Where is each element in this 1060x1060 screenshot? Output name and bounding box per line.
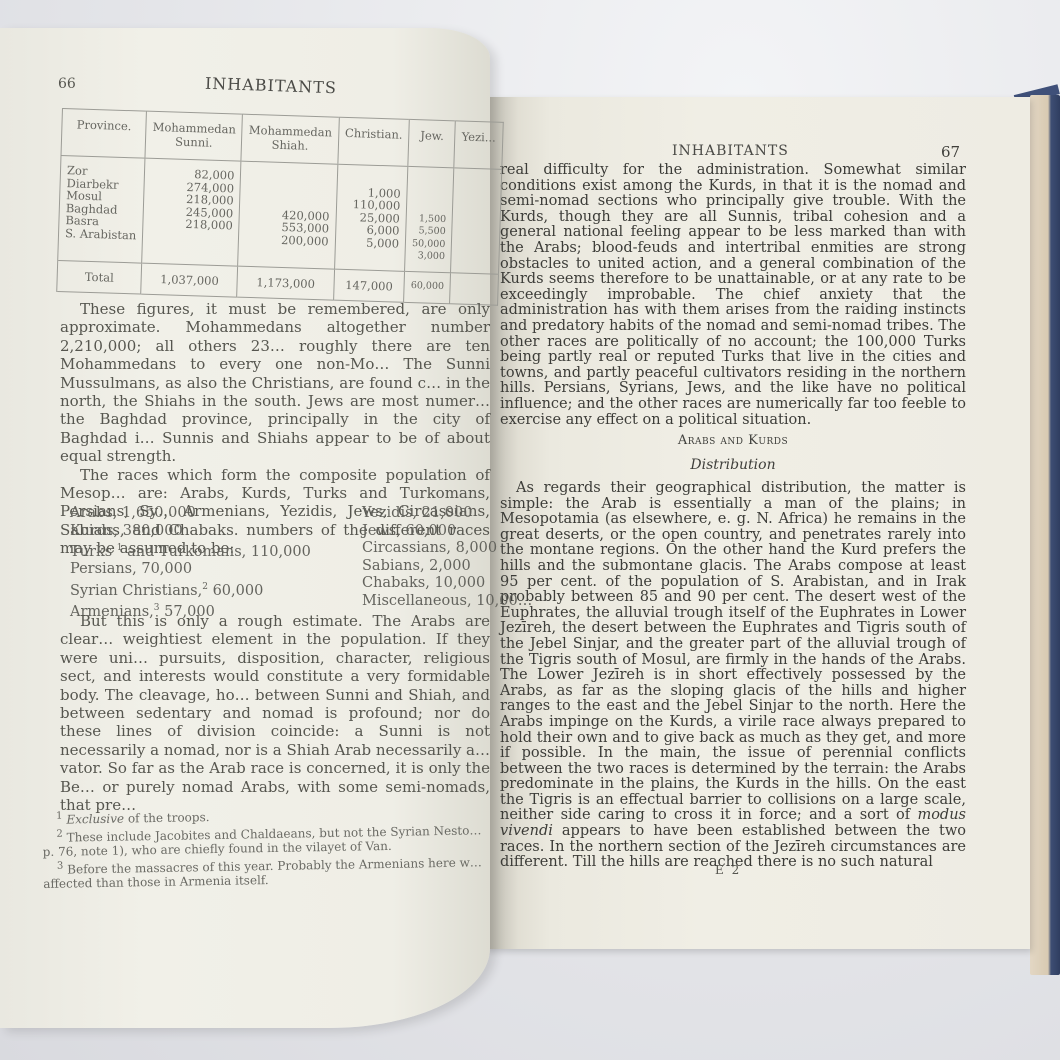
footnotes: 1 Exclusive of the troops. 2 These inclu…: [42, 802, 503, 892]
signature-mark: E 2: [715, 863, 741, 877]
column-header: Jew.: [408, 119, 456, 167]
list-item: Circassians, 8,000: [362, 540, 532, 558]
population-table: Province. Mohammedan Sunni. Mohammedan S…: [56, 108, 503, 305]
race-list-right: Yezidis, 21,000 Jews, 60,000 Circassians…: [362, 505, 532, 610]
paragraph-text: But this is only a rough estimate. The A…: [60, 612, 490, 814]
right-paragraph-2: As regards their geographical distributi…: [500, 481, 966, 871]
left-paragraph-3: But this is only a rough estimate. The A…: [60, 612, 490, 814]
total-jew: 60,000: [404, 271, 451, 303]
column-header: Yezi...: [454, 121, 503, 169]
race-list-left: Arabs, 1,650,000 Kurds, 380,000 Turks 1 …: [70, 505, 311, 621]
list-item: Persians, 70,000: [70, 561, 311, 579]
section-heading: Arabs and Kurds: [500, 433, 966, 448]
list-item: Syrian Christians,2 60,000: [70, 579, 311, 600]
left-page-number: 66: [58, 76, 76, 92]
table-row: Zor Diarbekr Mosul Baghdad Basra S. Arab…: [58, 155, 502, 273]
paragraph-text: These figures, it must be remembered, ar…: [60, 300, 490, 466]
column-header: Mohammedan Shiah.: [241, 114, 339, 164]
paragraph-text-part: As regards their geographical distributi…: [500, 480, 966, 823]
book-cover-edge: [1030, 95, 1060, 975]
column-header: Christian.: [338, 117, 410, 166]
list-item: Chabaks, 10,000: [362, 575, 532, 593]
sunni-cell: 82,000 274,000 218,000 245,000 218,000: [142, 158, 241, 265]
province-cell: Zor Diarbekr Mosul Baghdad Basra S. Arab…: [58, 155, 146, 262]
paragraph-text: real difficulty for the administration. …: [500, 163, 966, 428]
total-label: Total: [57, 260, 142, 294]
list-item: Miscellaneous, 10,00…: [362, 593, 532, 611]
list-item: Arabs, 1,650,000: [70, 505, 311, 523]
list-item: Jews, 60,000: [362, 523, 532, 541]
list-item: Yezidis, 21,000: [362, 505, 532, 523]
column-header: Mohammedan Sunni.: [145, 111, 243, 161]
total-christian: 147,000: [333, 269, 404, 302]
list-item: Sabians, 2,000: [362, 558, 532, 576]
total-shiah: 1,173,000: [237, 266, 334, 300]
right-page-number: 67: [941, 143, 960, 161]
total-sunni: 1,037,000: [141, 263, 238, 297]
shiah-cell: 420,000 553,000 200,000: [238, 161, 337, 268]
column-header: Province.: [61, 109, 147, 159]
right-running-head: INHABITANTS: [672, 143, 789, 159]
paragraph-text: As regards their geographical distributi…: [500, 481, 966, 871]
jew-cell: 1,500 5,500 50,000 3,000: [405, 166, 455, 272]
list-item: Turks 1 and Turkomans, 110,000: [70, 540, 311, 561]
right-paragraph-1: real difficulty for the administration. …: [500, 163, 966, 428]
section-subheading: Distribution: [500, 457, 966, 473]
list-item: Kurds, 380,000: [70, 523, 311, 541]
christian-cell: 1,000 110,000 25,000 6,000 5,000: [334, 164, 408, 271]
cut-off-cell: [451, 168, 501, 274]
